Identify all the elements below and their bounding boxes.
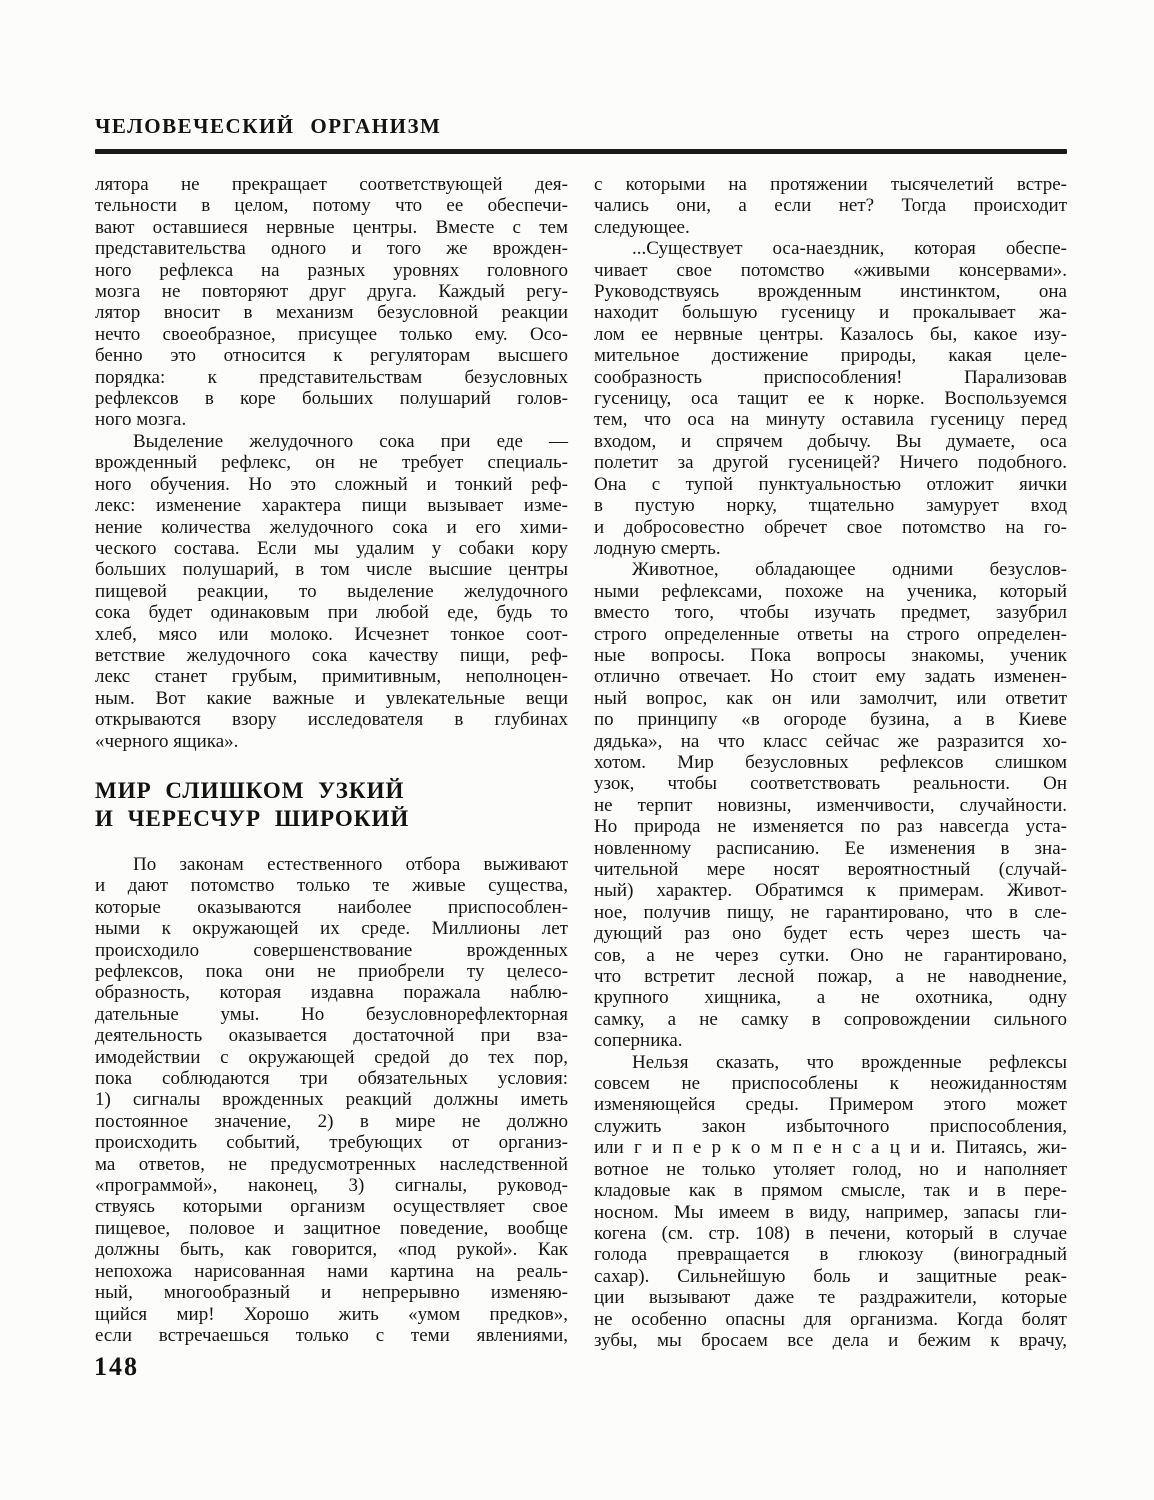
text-line: Руководствуясь врожденным инстинктом, он… bbox=[594, 281, 1067, 302]
text-line: бенно это относится к регуляторам высшег… bbox=[95, 345, 568, 366]
text-line: лодную смерть. bbox=[594, 538, 1067, 559]
text-line: ными к окружающей их среде. Миллионы лет bbox=[95, 918, 568, 939]
paragraph: Нельзя сказать, что врожденные рефлексыс… bbox=[594, 1052, 1067, 1352]
text-line: сообразность приспособления! Парализовав bbox=[594, 367, 1067, 388]
text-line: нение количества желудочного сока и его … bbox=[95, 517, 568, 538]
text-line: ствуясь которыми организм осуществляет с… bbox=[95, 1196, 568, 1217]
text-line: в пустую норку, тщательно замурует вход bbox=[594, 495, 1067, 516]
text-line: мозга не повторяют друг друга. Каждый ре… bbox=[95, 281, 568, 302]
text-line: строго определенные ответы на строго опр… bbox=[594, 624, 1067, 645]
text-line: ции вызывают даже те раздражители, котор… bbox=[594, 1287, 1067, 1308]
text-line: ный вопрос, как он или замолчит, или отв… bbox=[594, 688, 1067, 709]
running-header: ЧЕЛОВЕЧЕСКИЙ ОРГАНИЗМ bbox=[95, 114, 441, 139]
text-line: По законам естественного отбора выживают bbox=[95, 854, 568, 875]
text-line: Животное, обладающее одними безуслов- bbox=[594, 559, 1067, 580]
text-line: вотное не только утоляет голод, но и нап… bbox=[594, 1159, 1067, 1180]
text-line: пищевое, половое и защитное поведение, в… bbox=[95, 1218, 568, 1239]
text-line: новленному расписанию. Ее изменения в зн… bbox=[594, 838, 1067, 859]
header-rule bbox=[95, 149, 1067, 154]
paragraph: Животное, обладающее одними безуслов-ным… bbox=[594, 559, 1067, 1051]
text-line: ма ответов, не предусмотренных наследств… bbox=[95, 1154, 568, 1175]
text-line: лекс: изменение характера пищи вызывает … bbox=[95, 495, 568, 516]
text-line: порядка: к представительствам безусловны… bbox=[95, 367, 568, 388]
text-line: сов, а не через сутки. Оно не гарантиров… bbox=[594, 945, 1067, 966]
text-line: не терпит новизны, изменчивости, случайн… bbox=[594, 795, 1067, 816]
text-line: Нельзя сказать, что врожденные рефлексы bbox=[594, 1052, 1067, 1073]
text-line: вместо того, чтобы изучать предмет, зазу… bbox=[594, 602, 1067, 623]
text-line: больших полушарий, в том числе высшие це… bbox=[95, 559, 568, 580]
text-line: и дают потомство только те живые существ… bbox=[95, 875, 568, 896]
text-line: пищевой реакции, то выделение желудочног… bbox=[95, 581, 568, 602]
text-line: чивает свое потомство «живыми консервами… bbox=[594, 260, 1067, 281]
text-line: или г и п е р к о м п е н с а ц и и. Пит… bbox=[594, 1137, 1067, 1158]
text-line: врожденный рефлекс, он не требует специа… bbox=[95, 452, 568, 473]
text-line: не особенно опасны для организма. Когда … bbox=[594, 1309, 1067, 1330]
text-line: когена (см. стр. 108) в печени, который … bbox=[594, 1223, 1067, 1244]
text-line: «черного ящика». bbox=[95, 731, 568, 752]
text-line: чались они, а если нет? Тогда происходит bbox=[594, 195, 1067, 216]
text-line: хотом. Мир безусловных рефлексов слишком bbox=[594, 752, 1067, 773]
text-line: зубы, мы бросаем все дела и бежим к врач… bbox=[594, 1330, 1067, 1351]
text-line: лекс станет грубым, примитивным, неполно… bbox=[95, 666, 568, 687]
text-line: ный) характер. Обратимся к примерам. Жив… bbox=[594, 880, 1067, 901]
text-line: 1) сигналы врожденных реакций должны име… bbox=[95, 1089, 568, 1110]
text-line: носном. Мы имеем в виду, например, запас… bbox=[594, 1202, 1067, 1223]
paragraph: с которыми на протяжении тысячелетий вст… bbox=[594, 174, 1067, 238]
text-line: непохожа нарисованная нами картина на ре… bbox=[95, 1261, 568, 1282]
text-line: голода превращается в глюкозу (виноградн… bbox=[594, 1244, 1067, 1265]
text-line: лятор вносит в механизм безусловной реак… bbox=[95, 302, 568, 323]
text-line: кладовые как в прямом смысле, так и в пе… bbox=[594, 1180, 1067, 1201]
text-line: которые оказываются наиболее приспособле… bbox=[95, 897, 568, 918]
text-line: соперника. bbox=[594, 1030, 1067, 1051]
text-line: мительное достижение природы, какая целе… bbox=[594, 345, 1067, 366]
text-line: ным. Вот какие важные и увлекательные ве… bbox=[95, 688, 568, 709]
text-line: дательные умы. Но безусловнорефлекторная bbox=[95, 1004, 568, 1025]
text-line: совсем не приспособлены к неожиданностям bbox=[594, 1073, 1067, 1094]
text-line: должны быть, как говорится, «под рукой».… bbox=[95, 1239, 568, 1260]
text-line: рефлексов в коре больших полушарий голов… bbox=[95, 388, 568, 409]
text-line: рефлексов, пока они не приобрели ту целе… bbox=[95, 961, 568, 982]
text-line: ного мозга. bbox=[95, 409, 568, 430]
text-line: ные вопросы. Пока вопросы знакомы, учени… bbox=[594, 645, 1067, 666]
text-line: лятора не прекращает соответствующей дея… bbox=[95, 174, 568, 195]
text-line: что встретит лесной пожар, а не наводнен… bbox=[594, 966, 1067, 987]
text-line: происходило совершенствование врожденных bbox=[95, 940, 568, 961]
section-heading-line: И ЧЕРЕСЧУР ШИРОКИЙ bbox=[95, 805, 568, 833]
text-line: происходить событий, требующих от органи… bbox=[95, 1132, 568, 1153]
text-line: дующий раз оно будет есть через шесть ча… bbox=[594, 923, 1067, 944]
text-column-left: лятора не прекращает соответствующей дея… bbox=[95, 174, 568, 1351]
text-columns: лятора не прекращает соответствующей дея… bbox=[95, 174, 1067, 1351]
text-line: входом, и спрячем добычу. Вы думаете, ос… bbox=[594, 431, 1067, 452]
text-line: отлично отвечает. Но стоит ему задать из… bbox=[594, 666, 1067, 687]
text-line: ный, многообразный и непрерывно изменяю- bbox=[95, 1282, 568, 1303]
paragraph: По законам естественного отбора выживают… bbox=[95, 854, 568, 1346]
text-column-right: с которыми на протяжении тысячелетий вст… bbox=[594, 174, 1067, 1351]
text-line: постоянное значение, 2) в мире не должно bbox=[95, 1111, 568, 1132]
text-line: сахар). Сильнейшую боль и защитные реак- bbox=[594, 1266, 1067, 1287]
text-line: изменяющейся среды. Примером этого может bbox=[594, 1094, 1067, 1115]
text-line: лом ее нервные центры. Казалось бы, како… bbox=[594, 324, 1067, 345]
text-line: пока соблюдаются три обязательных услови… bbox=[95, 1068, 568, 1089]
text-line: если встречаешься только с теми явлениям… bbox=[95, 1325, 568, 1346]
text-line: чительной мере носят вероятностный (случ… bbox=[594, 859, 1067, 880]
text-line: гусеницу, оса тащит ее к норке. Воспольз… bbox=[594, 388, 1067, 409]
text-line: сока будет одинаковым при любой еде, буд… bbox=[95, 602, 568, 623]
text-line: Выделение желудочного сока при еде — bbox=[95, 431, 568, 452]
text-line: нечто своеобразное, присущее только ему.… bbox=[95, 324, 568, 345]
text-line: открываются взору исследователя в глубин… bbox=[95, 709, 568, 730]
text-line: ного рефлекса на разных уровнях головног… bbox=[95, 260, 568, 281]
text-line: имодействии с окружающей средой до тех п… bbox=[95, 1047, 568, 1068]
section-heading: МИР СЛИШКОМ УЗКИЙИ ЧЕРЕСЧУР ШИРОКИЙ bbox=[95, 777, 568, 833]
text-line: ными рефлексами, похоже на ученика, кото… bbox=[594, 581, 1067, 602]
text-line: по принципу «в огороде бузина, а в Киеве bbox=[594, 709, 1067, 730]
text-line: ческого состава. Если мы удалим у собаки… bbox=[95, 538, 568, 559]
text-line: «программой», наконец, 3) сигналы, руков… bbox=[95, 1175, 568, 1196]
paragraph: лятора не прекращает соответствующей дея… bbox=[95, 174, 568, 431]
text-line: узок, чтобы соответствовать реальности. … bbox=[594, 773, 1067, 794]
text-line: с которыми на протяжении тысячелетий вст… bbox=[594, 174, 1067, 195]
text-line: ное, получив пищу, не гарантировано, что… bbox=[594, 902, 1067, 923]
page-number: 148 bbox=[94, 1352, 139, 1382]
text-line: полетит за другой гусеницей? Ничего подо… bbox=[594, 452, 1067, 473]
text-line: крупного хищника, а не охотника, одну bbox=[594, 987, 1067, 1008]
text-line: и добросовестно обречет свое потомство н… bbox=[594, 517, 1067, 538]
text-line: следующее. bbox=[594, 217, 1067, 238]
paragraph: ...Существует оса-наездник, которая обес… bbox=[594, 238, 1067, 559]
text-line: Она с тупой пунктуальностью отложит яичк… bbox=[594, 474, 1067, 495]
text-line: самку, а не самку в сопровождении сильно… bbox=[594, 1009, 1067, 1030]
text-line: образность, которая издавна поражала наб… bbox=[95, 982, 568, 1003]
text-line: ...Существует оса-наездник, которая обес… bbox=[594, 238, 1067, 259]
book-page: ЧЕЛОВЕЧЕСКИЙ ОРГАНИЗМ лятора не прекраща… bbox=[0, 0, 1154, 1500]
text-line: хлеб, мясо или молоко. Исчезнет тонкое с… bbox=[95, 624, 568, 645]
paragraph: Выделение желудочного сока при еде —врож… bbox=[95, 431, 568, 752]
text-line: Но природа не изменяется по раз навсегда… bbox=[594, 816, 1067, 837]
text-line: служить закон избыточного приспособления… bbox=[594, 1116, 1067, 1137]
text-line: щийся мир! Хорошо жить «умом предков», bbox=[95, 1304, 568, 1325]
text-line: дядька», на что класс сейчас же разразит… bbox=[594, 731, 1067, 752]
text-line: ного обучения. Но это сложный и тонкий р… bbox=[95, 474, 568, 495]
text-line: ветствие желудочного сока качеству пищи,… bbox=[95, 645, 568, 666]
text-line: находит большую гусеницу и прокалывает ж… bbox=[594, 302, 1067, 323]
text-line: деятельность оказывается достаточной при… bbox=[95, 1025, 568, 1046]
text-line: представительства одного и того же врожд… bbox=[95, 238, 568, 259]
section-heading-line: МИР СЛИШКОМ УЗКИЙ bbox=[95, 777, 568, 805]
text-line: тем, что оса на минуту оставила гусеницу… bbox=[594, 409, 1067, 430]
text-line: вают оставшиеся нервные центры. Вместе с… bbox=[95, 217, 568, 238]
text-line: тельности в целом, потому что ее обеспеч… bbox=[95, 195, 568, 216]
